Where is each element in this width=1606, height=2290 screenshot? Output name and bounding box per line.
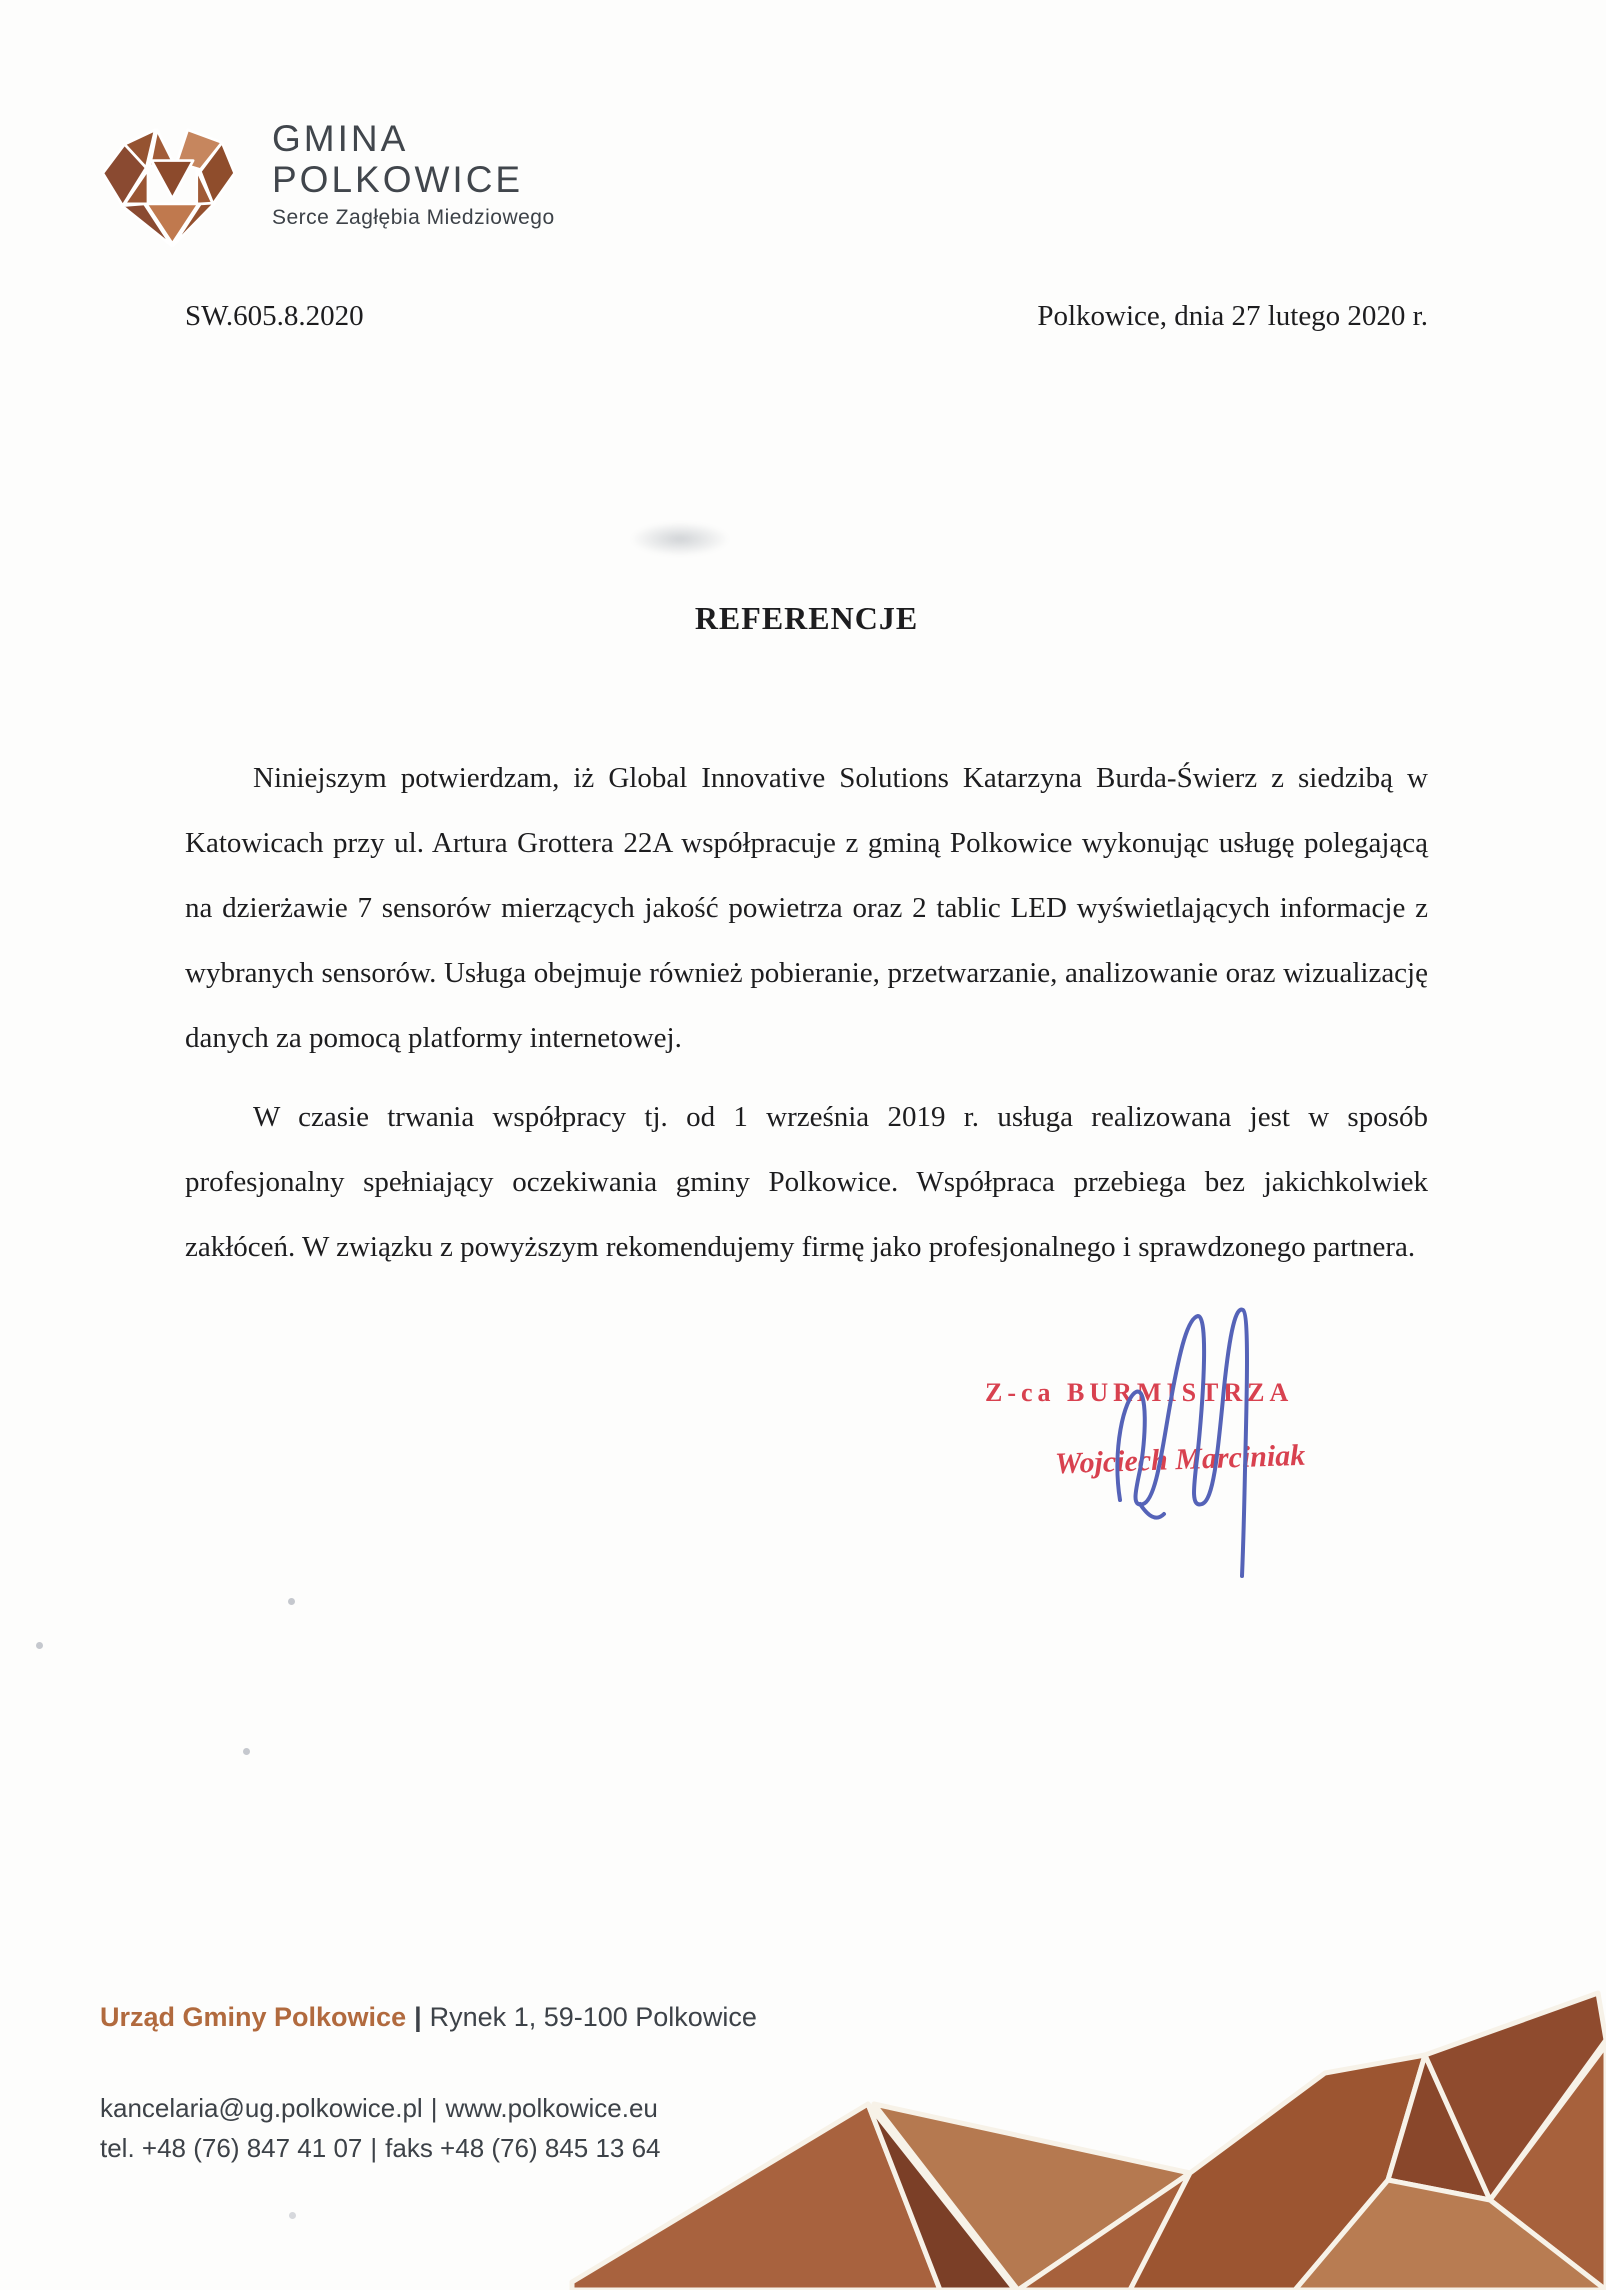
place-date: Polkowice, dnia 27 lutego 2020 r. bbox=[1037, 300, 1428, 333]
footer-polygon-graphic bbox=[0, 1945, 1606, 2290]
logo-name-line2: POLKOWICE bbox=[272, 159, 555, 200]
gmina-polkowice-logo: GMINA POLKOWICE Serce Zagłębia Miedziowe… bbox=[92, 118, 555, 260]
letter-page: GMINA POLKOWICE Serce Zagłębia Miedziowe… bbox=[0, 0, 1606, 2290]
scan-speck bbox=[289, 2212, 296, 2219]
document-title: REFERENCJE bbox=[185, 600, 1428, 637]
scan-speck bbox=[243, 1748, 250, 1755]
handwritten-signature bbox=[1090, 1300, 1280, 1595]
body-paragraph-2: W czasie trwania współpracy tj. od 1 wrz… bbox=[185, 1085, 1428, 1280]
scan-speck bbox=[36, 1642, 43, 1649]
logo-text: GMINA POLKOWICE Serce Zagłębia Miedziowe… bbox=[272, 118, 555, 230]
logo-name-line1: GMINA bbox=[272, 118, 555, 159]
scan-smudge bbox=[630, 522, 730, 556]
body-paragraph-1: Niniejszym potwierdzam, iż Global Innova… bbox=[185, 746, 1428, 1071]
logo-tagline: Serce Zagłębia Miedziowego bbox=[272, 206, 555, 230]
scan-speck bbox=[288, 1598, 295, 1605]
reference-number: SW.605.8.2020 bbox=[185, 300, 364, 333]
header-row: SW.605.8.2020 Polkowice, dnia 27 lutego … bbox=[185, 300, 1428, 333]
letter-body: Niniejszym potwierdzam, iż Global Innova… bbox=[185, 746, 1428, 1294]
heart-gem-logo-icon bbox=[92, 118, 250, 260]
